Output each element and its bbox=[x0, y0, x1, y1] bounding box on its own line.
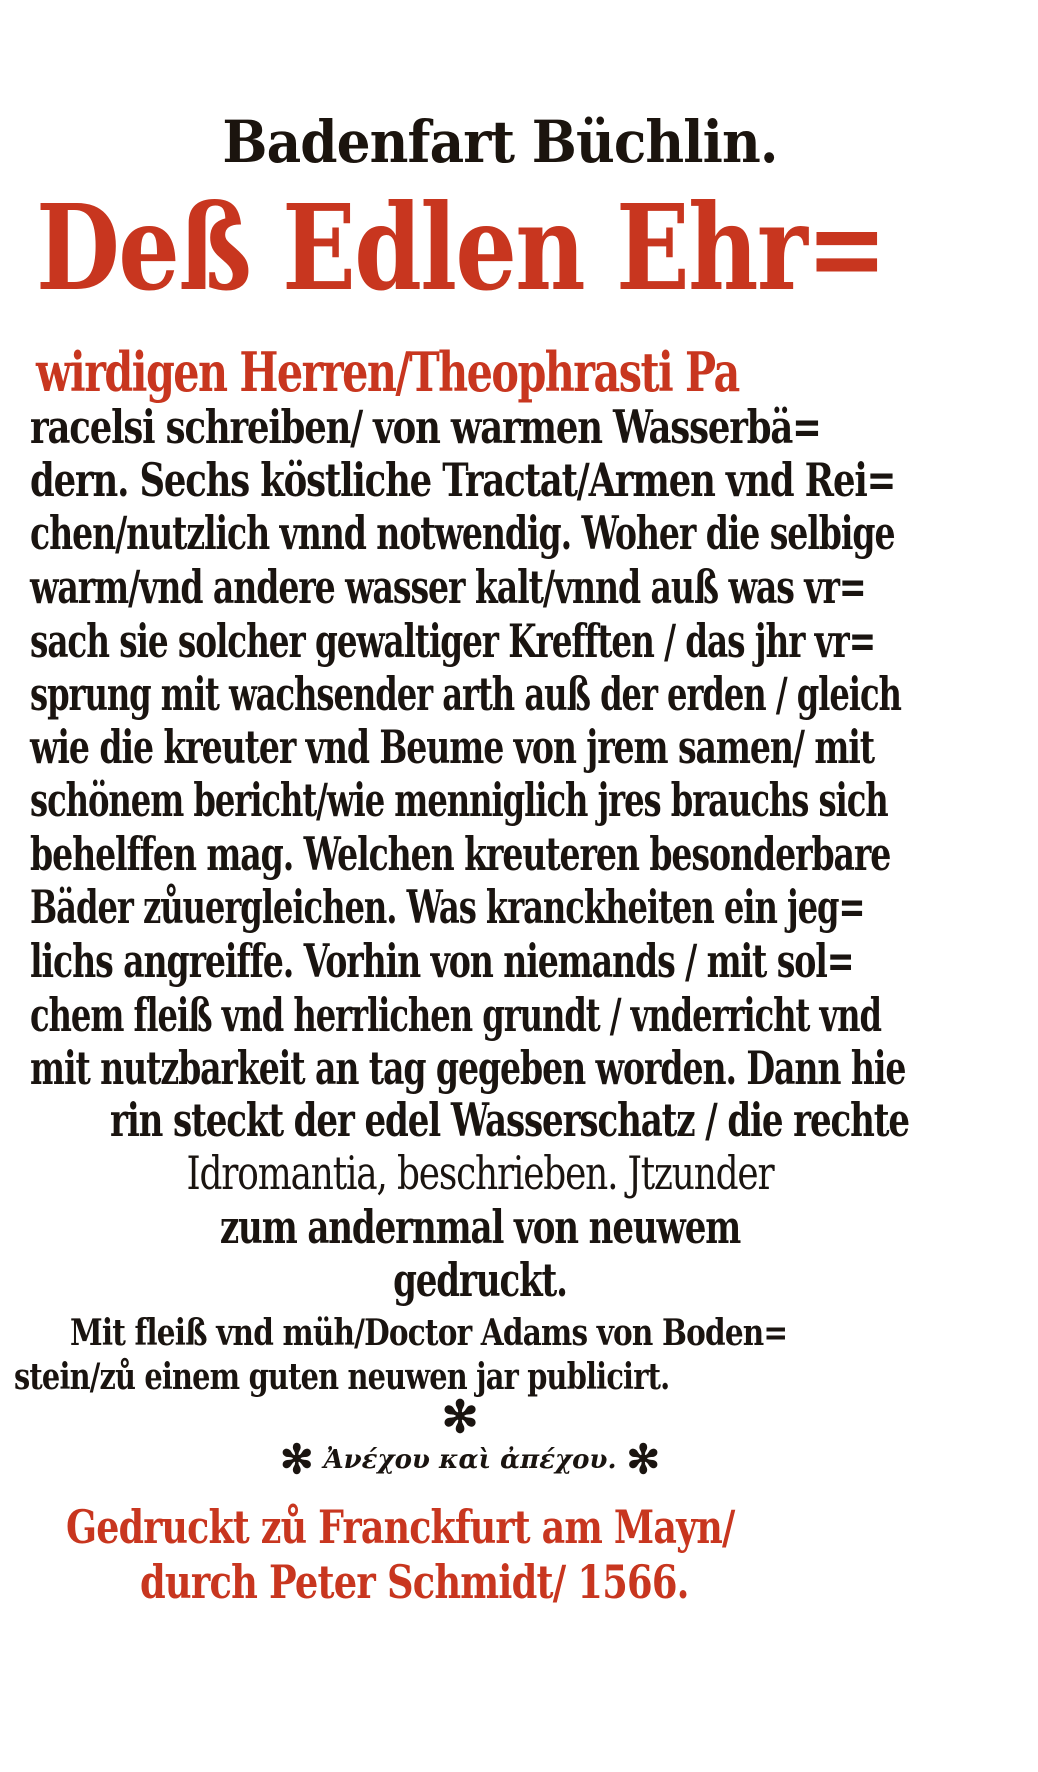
body-line: warm/vnd andere wasser kalt/vnnd auß was… bbox=[30, 560, 866, 614]
centered-line: Idromantia, beschrieben. Jtzunder bbox=[90, 1146, 870, 1200]
imprint-line: Gedruckt zů Franckfurt am Mayn/ bbox=[66, 1500, 735, 1554]
centered-line: gedruckt. bbox=[110, 1253, 850, 1307]
author-line: Mit fleiß vnd müh/Doctor Adams von Boden… bbox=[70, 1312, 787, 1354]
body-line: lichs angreiffe. Vorhin von niemands / m… bbox=[30, 934, 853, 988]
body-line: schönem bericht/wie menniglich jres brau… bbox=[30, 773, 888, 827]
body-line: sach sie solcher gewaltiger Krefften / d… bbox=[30, 614, 875, 668]
motto-row: ✻ Ἀνέχου καὶ ἀπέχου. ✻ bbox=[280, 1436, 660, 1483]
body-line: mit nutzbarkeit an tag gegeben worden. D… bbox=[30, 1041, 905, 1095]
body-line: Bäder zůuergleichen. Was kranckheiten ei… bbox=[30, 880, 864, 934]
running-title: Badenfart Büchlin. bbox=[222, 108, 737, 176]
body-line: wie die kreuter vnd Beume von jrem samen… bbox=[30, 720, 874, 774]
main-title-red: Deß Edlen Ehr= bbox=[36, 178, 886, 317]
title-page: Badenfart Büchlin. Deß Edlen Ehr= wirdig… bbox=[0, 0, 1038, 1772]
body-line: behelffen mag. Welchen kreuteren besonde… bbox=[30, 827, 890, 881]
body-line: dern. Sechs köstliche Tractat/Armen vnd … bbox=[30, 453, 895, 507]
body-line: chem fleiß vnd herrlichen grundt / vnder… bbox=[30, 988, 881, 1042]
asterisk-ornament-icon: ✻ bbox=[280, 1436, 314, 1483]
body-line: racelsi schreiben/ von warmen Wasserbä= bbox=[30, 400, 821, 454]
subtitle-red: wirdigen Herren/Theophrasti Pa bbox=[36, 340, 739, 404]
greek-motto: Ἀνέχου καὶ ἀπέχου. bbox=[323, 1445, 616, 1475]
centered-line: rin steckt der edel Wasserschatz / die r… bbox=[110, 1093, 850, 1147]
body-line: sprung mit wachsender arth auß der erden… bbox=[30, 667, 901, 721]
asterisk-ornament-icon: ✻ bbox=[626, 1436, 660, 1483]
author-line: stein/zů einem guten neuwen jar publicir… bbox=[14, 1356, 669, 1398]
imprint-line: durch Peter Schmidt/ 1566. bbox=[140, 1555, 689, 1609]
body-line: chen/nutzlich vnnd notwendig. Woher die … bbox=[30, 506, 894, 560]
centered-line: zum andernmal von neuwem bbox=[110, 1200, 850, 1254]
